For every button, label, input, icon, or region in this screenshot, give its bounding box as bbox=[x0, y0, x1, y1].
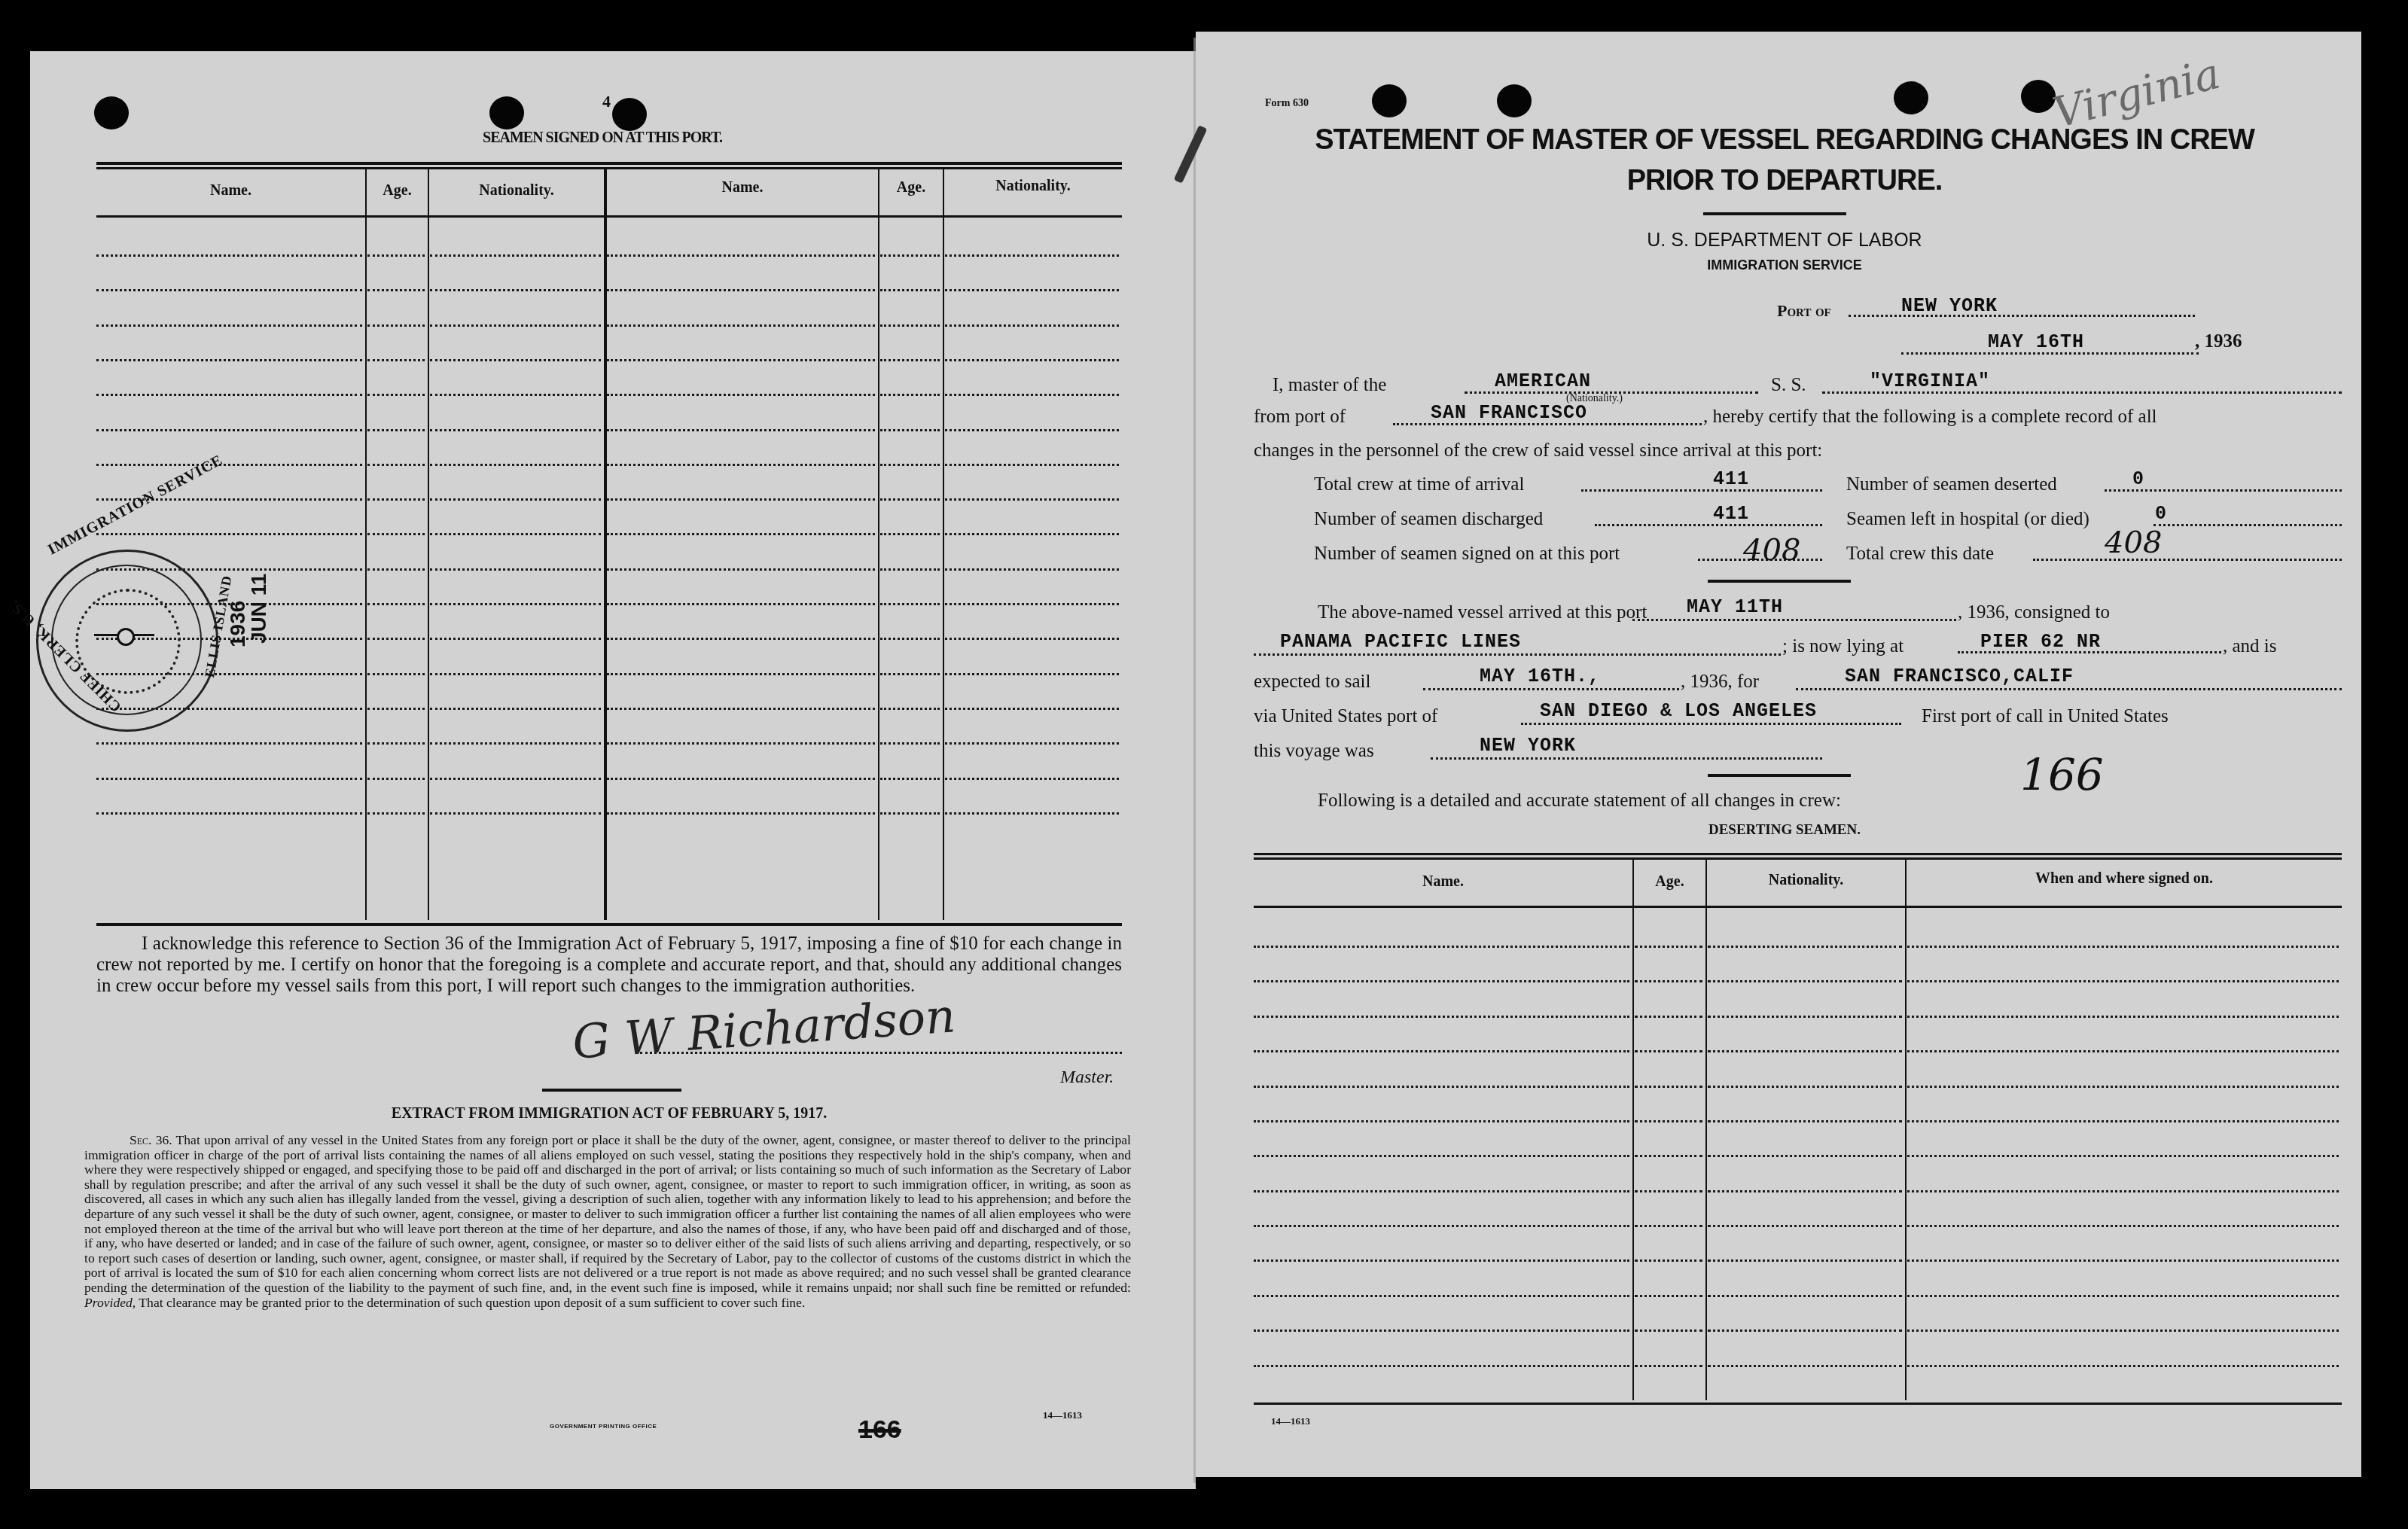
table-row-line bbox=[367, 533, 425, 535]
form-code: 14—1613 bbox=[1043, 1409, 1082, 1421]
from-port-value[interactable]: SAN FRANCISCO bbox=[1431, 402, 1587, 424]
table-row-line bbox=[1708, 1086, 1902, 1088]
stat-signed-on[interactable]: 408 bbox=[1743, 533, 1800, 568]
punch-hole bbox=[612, 98, 647, 131]
table-row-line bbox=[1907, 1086, 2339, 1088]
column-header-age: Age. bbox=[1634, 873, 1705, 891]
table-row-line bbox=[1635, 1050, 1702, 1052]
port-line bbox=[1849, 315, 2195, 317]
signature-label: Master. bbox=[1060, 1068, 1114, 1088]
divider-rule bbox=[1703, 212, 1846, 215]
extract-tail: That clearance may be granted prior to t… bbox=[139, 1295, 805, 1310]
table-row-line bbox=[880, 812, 940, 815]
table-row-line bbox=[945, 254, 1119, 257]
page-gutter bbox=[1193, 38, 1196, 1483]
stat-total-date[interactable]: 408 bbox=[2105, 525, 2162, 560]
table-row-line bbox=[1907, 1120, 2339, 1122]
column-divider bbox=[1705, 858, 1707, 1400]
following-text: Following is a detailed and accurate sta… bbox=[1318, 790, 1841, 812]
via-line bbox=[1521, 723, 1901, 725]
expected-label: expected to sail bbox=[1254, 672, 1371, 693]
table-row-line bbox=[945, 394, 1119, 396]
table-row-line bbox=[945, 429, 1119, 431]
table-row-line bbox=[96, 533, 362, 535]
table-row-line bbox=[96, 289, 362, 291]
table-row-line bbox=[367, 464, 425, 466]
table-row-line bbox=[1254, 1295, 1629, 1297]
handwritten-number: 166 bbox=[2020, 749, 2104, 800]
table-row-line bbox=[367, 289, 425, 291]
sail-date-line bbox=[1423, 688, 1679, 690]
table-row-line bbox=[430, 464, 601, 466]
form-number: Form 630 bbox=[1265, 98, 1309, 110]
stat-line bbox=[1595, 524, 1822, 526]
table-row-line bbox=[1907, 1155, 2339, 1157]
table-row-line bbox=[430, 742, 601, 745]
table-row-line bbox=[1254, 1365, 1629, 1367]
table-row-line bbox=[1907, 1225, 2339, 1227]
stat-line bbox=[2153, 524, 2342, 526]
table-row-line bbox=[607, 429, 875, 431]
form-title-line2: PRIOR TO DEPARTURE. bbox=[1235, 165, 2334, 197]
table-row-line bbox=[607, 394, 875, 396]
column-divider bbox=[1905, 858, 1907, 1400]
column-divider bbox=[428, 167, 429, 920]
table-row-line bbox=[1254, 1016, 1629, 1018]
header-rule bbox=[1254, 906, 2342, 908]
table-top-rule bbox=[96, 162, 1122, 165]
stat-discharged[interactable]: 411 bbox=[1713, 503, 1749, 525]
table-row-line bbox=[945, 638, 1119, 640]
table-row-line bbox=[880, 568, 940, 571]
table-row-line bbox=[1708, 1295, 1902, 1297]
table-row-line bbox=[1254, 980, 1629, 982]
table-row-line bbox=[1635, 1259, 1702, 1262]
consignee-line bbox=[1254, 653, 1781, 656]
first-port-value[interactable]: NEW YORK bbox=[1480, 735, 1576, 757]
table-row-line bbox=[945, 533, 1119, 535]
consignee-value[interactable]: PANAMA PACIFIC LINES bbox=[1280, 631, 1521, 653]
table-row-line bbox=[1254, 1120, 1629, 1122]
sail-date-value[interactable]: MAY 16TH., bbox=[1480, 666, 1600, 687]
table-row-line bbox=[367, 708, 425, 710]
header-rule bbox=[96, 215, 1122, 218]
port-value[interactable]: NEW YORK bbox=[1901, 295, 1998, 317]
table-row-line bbox=[880, 603, 940, 605]
table-row-line bbox=[430, 708, 601, 710]
center-double-divider bbox=[604, 167, 607, 920]
table-row-line bbox=[880, 394, 940, 396]
table-row-line bbox=[96, 778, 362, 780]
stamp-month-day: JUN 11 bbox=[247, 574, 271, 644]
table-row-line bbox=[1635, 1155, 1702, 1157]
table-row-line bbox=[945, 324, 1119, 327]
service-name: IMMIGRATION SERVICE bbox=[1235, 257, 2334, 273]
table-row-line bbox=[1708, 1225, 1902, 1227]
table-row-line bbox=[430, 429, 601, 431]
table-top-rule bbox=[1254, 853, 2342, 855]
department-name: U. S. DEPARTMENT OF LABOR bbox=[1235, 230, 2334, 251]
table-row-line bbox=[1635, 1190, 1702, 1192]
stat-label-hospital: Seamen left in hospital (or died) bbox=[1846, 509, 2089, 530]
table-row-line bbox=[1635, 1329, 1702, 1332]
via-value[interactable]: SAN DIEGO & LOS ANGELES bbox=[1540, 700, 1817, 722]
table-row-line bbox=[880, 673, 940, 675]
table-row-line bbox=[430, 812, 601, 815]
voyage-label: this voyage was bbox=[1254, 741, 1374, 762]
section-title: SEAMEN SIGNED ON AT THIS PORT. bbox=[75, 129, 1129, 147]
via-label: via United States port of bbox=[1254, 706, 1437, 727]
table-row-line bbox=[607, 742, 875, 745]
table-row-line bbox=[880, 289, 940, 291]
table-row-line bbox=[880, 464, 940, 466]
table-row-line bbox=[1907, 980, 2339, 982]
table-row-line bbox=[880, 359, 940, 361]
extract-body: Sec. 36. That upon arrival of any vessel… bbox=[84, 1133, 1131, 1310]
table-row-line bbox=[945, 568, 1119, 571]
table-row-line bbox=[1635, 1225, 1702, 1227]
arrived-year: , 1936, consigned to bbox=[1958, 602, 2110, 623]
port-label: Port of bbox=[1777, 301, 1831, 321]
lying-label: ; is now lying at bbox=[1782, 636, 1904, 657]
column-divider bbox=[943, 167, 944, 920]
destination-line bbox=[1796, 688, 2342, 690]
table-row-line bbox=[367, 673, 425, 675]
column-divider bbox=[365, 167, 367, 920]
table-row-line bbox=[430, 359, 601, 361]
table-row-line bbox=[1635, 946, 1702, 948]
arrived-line bbox=[1632, 619, 1956, 621]
column-header-name: Name. bbox=[1254, 873, 1632, 891]
column-divider bbox=[878, 167, 879, 920]
table-row-line bbox=[430, 254, 601, 257]
table-row-line bbox=[1708, 980, 1902, 982]
table-row-line bbox=[1254, 1086, 1629, 1088]
table-row-line bbox=[945, 603, 1119, 605]
table-row-line bbox=[96, 812, 362, 815]
table-row-line bbox=[430, 289, 601, 291]
column-divider bbox=[1632, 858, 1634, 1400]
master-label: I, master of the bbox=[1273, 375, 1386, 396]
table-row-line bbox=[945, 359, 1119, 361]
column-header-name: Name. bbox=[96, 182, 365, 200]
table-row-line bbox=[880, 708, 940, 710]
table-row-line bbox=[367, 498, 425, 501]
extract-provided: Provided, bbox=[84, 1295, 136, 1310]
table-row-line bbox=[945, 673, 1119, 675]
table-row-line bbox=[96, 359, 362, 361]
table-row-line bbox=[1635, 1120, 1702, 1122]
table-row-line bbox=[1708, 1050, 1902, 1052]
punch-hole bbox=[1372, 84, 1407, 117]
table-row-line bbox=[945, 498, 1119, 501]
table-row-line bbox=[1708, 1016, 1902, 1018]
table-bottom-rule bbox=[96, 923, 1122, 926]
table-row-line bbox=[367, 324, 425, 327]
table-row-line bbox=[367, 254, 425, 257]
table-row-line bbox=[607, 778, 875, 780]
table-row-line bbox=[96, 324, 362, 327]
stat-label-signed-on: Number of seamen signed on at this port bbox=[1314, 544, 1620, 565]
extract-title: EXTRACT FROM IMMIGRATION ACT OF FEBRUARY… bbox=[96, 1105, 1122, 1122]
table-row-line bbox=[1708, 1329, 1902, 1332]
ship-name[interactable]: "VIRGINIA" bbox=[1870, 370, 1990, 392]
table-row-line bbox=[1708, 1365, 1902, 1367]
punch-hole bbox=[1497, 84, 1532, 117]
divider-rule bbox=[1708, 580, 1851, 583]
table-row-line bbox=[945, 708, 1119, 710]
table-row-line bbox=[1907, 946, 2339, 948]
table-row-line bbox=[96, 464, 362, 466]
stat-line bbox=[1581, 489, 1822, 492]
table-row-line bbox=[1907, 1050, 2339, 1052]
table-row-line bbox=[430, 498, 601, 501]
table-row-line bbox=[880, 429, 940, 431]
sail-year: , 1936, for bbox=[1681, 672, 1759, 693]
table-row-line bbox=[367, 742, 425, 745]
table-row-line bbox=[607, 673, 875, 675]
table-row-line bbox=[880, 778, 940, 780]
first-port-line bbox=[1431, 757, 1822, 760]
table-row-line bbox=[1635, 1295, 1702, 1297]
table-row-line bbox=[607, 324, 875, 327]
table-row-line bbox=[96, 429, 362, 431]
arrived-value[interactable]: MAY 11TH bbox=[1687, 596, 1783, 618]
destination-value[interactable]: SAN FRANCISCO,CALIF bbox=[1845, 666, 2074, 687]
table-row-line bbox=[880, 254, 940, 257]
table-row-line bbox=[1635, 1016, 1702, 1018]
table-row-line bbox=[367, 603, 425, 605]
form-code: 14—1613 bbox=[1271, 1415, 1310, 1427]
table-bottom-rule bbox=[1254, 1403, 2342, 1405]
pier-value[interactable]: PIER 62 NR bbox=[1980, 631, 2101, 653]
table-row-line bbox=[880, 742, 940, 745]
form-title: STATEMENT OF MASTER OF VESSEL REGARDING … bbox=[1235, 124, 2334, 157]
table-row-line bbox=[945, 289, 1119, 291]
column-header-nationality: Nationality. bbox=[944, 178, 1122, 195]
table-top-rule bbox=[96, 167, 1122, 169]
stat-line bbox=[2033, 559, 2342, 561]
table-row-line bbox=[96, 394, 362, 396]
punch-hole bbox=[1894, 81, 1928, 114]
table-row-line bbox=[945, 778, 1119, 780]
table-row-line bbox=[607, 708, 875, 710]
table-row-line bbox=[367, 638, 425, 640]
table-row-line bbox=[607, 603, 875, 605]
from-port-label: from port of bbox=[1254, 407, 1346, 428]
table-row-line bbox=[607, 638, 875, 640]
stamp-clock-center bbox=[117, 628, 135, 646]
table-row-line bbox=[1254, 1329, 1629, 1332]
table-row-line bbox=[945, 464, 1119, 466]
table-row-line bbox=[1907, 1016, 2339, 1018]
date-value[interactable]: MAY 16TH bbox=[1988, 331, 2084, 353]
table-row-line bbox=[945, 742, 1119, 745]
table-row-line bbox=[1635, 1365, 1702, 1367]
stamped-page-number: 166 bbox=[858, 1415, 901, 1445]
extract-section: Sec. 36. bbox=[130, 1132, 172, 1147]
table-row-line bbox=[1708, 1259, 1902, 1262]
table-row-line bbox=[430, 324, 601, 327]
divider-rule bbox=[542, 1089, 681, 1092]
table-row-line bbox=[945, 812, 1119, 815]
column-header-age: Age. bbox=[879, 179, 943, 196]
table-row-line bbox=[607, 254, 875, 257]
table-row-line bbox=[607, 812, 875, 815]
table-row-line bbox=[1907, 1329, 2339, 1332]
table-row-line bbox=[880, 498, 940, 501]
ss-label: S. S. bbox=[1771, 375, 1806, 396]
certify-text: , hereby certify that the following is a… bbox=[1703, 407, 2157, 428]
column-header-age: Age. bbox=[367, 182, 428, 200]
table-row-line bbox=[1907, 1365, 2339, 1367]
table-row-line bbox=[607, 289, 875, 291]
table-row-line bbox=[607, 464, 875, 466]
stat-label-total-date: Total crew this date bbox=[1846, 544, 1994, 565]
signature-line bbox=[640, 1052, 1122, 1054]
table-row-line bbox=[430, 394, 601, 396]
table-row-line bbox=[367, 359, 425, 361]
stat-deserted[interactable]: 0 bbox=[2132, 468, 2144, 490]
stat-label-total-arrival: Total crew at time of arrival bbox=[1314, 474, 1524, 495]
stat-label-deserted: Number of seamen deserted bbox=[1846, 474, 2057, 495]
table-top-rule bbox=[1254, 857, 2342, 860]
table-row-line bbox=[1254, 1155, 1629, 1157]
table-row-line bbox=[1708, 946, 1902, 948]
extract-body-text: That upon arrival of any vessel in the U… bbox=[84, 1132, 1131, 1295]
and-is-text: , and is bbox=[2223, 636, 2277, 657]
table-row-line bbox=[430, 778, 601, 780]
acknowledgement-text: I acknowledge this reference to Section … bbox=[96, 934, 1122, 997]
table-row-line bbox=[1907, 1295, 2339, 1297]
table-row-line bbox=[607, 568, 875, 571]
column-header-when-where: When and where signed on. bbox=[1907, 870, 2342, 888]
table-row-line bbox=[367, 394, 425, 396]
table-row-line bbox=[1254, 1190, 1629, 1192]
punch-hole bbox=[94, 96, 129, 129]
stat-hospital[interactable]: 0 bbox=[2155, 503, 2167, 525]
table-row-line bbox=[430, 673, 601, 675]
table-row-line bbox=[1254, 1225, 1629, 1227]
table-row-line bbox=[1708, 1120, 1902, 1122]
printer-imprint: GOVERNMENT PRINTING OFFICE bbox=[550, 1423, 657, 1430]
table-row-line bbox=[1708, 1155, 1902, 1157]
table-row-line bbox=[1907, 1259, 2339, 1262]
table-row-line bbox=[880, 324, 940, 327]
table-row-line bbox=[367, 568, 425, 571]
stat-label-discharged: Number of seamen discharged bbox=[1314, 509, 1543, 530]
table-row-line bbox=[430, 603, 601, 605]
first-port-label: First port of call in United States bbox=[1922, 706, 2169, 727]
punch-hole bbox=[489, 96, 524, 129]
table-row-line bbox=[1254, 1050, 1629, 1052]
table-row-line bbox=[367, 778, 425, 780]
column-header-nationality: Nationality. bbox=[429, 182, 604, 200]
page-number: 4 bbox=[602, 92, 611, 111]
table-row-line bbox=[880, 638, 940, 640]
date-year: , 1936 bbox=[2195, 331, 2242, 352]
table-row-line bbox=[430, 568, 601, 571]
table-row-line bbox=[880, 533, 940, 535]
arrived-label: The above-named vessel arrived at this p… bbox=[1318, 602, 1647, 623]
table-row-line bbox=[430, 533, 601, 535]
table-row-line bbox=[1635, 980, 1702, 982]
table-row-line bbox=[607, 533, 875, 535]
table-row-line bbox=[1635, 1086, 1702, 1088]
table-row-line bbox=[367, 429, 425, 431]
divider-rule bbox=[1708, 774, 1851, 777]
table-row-line bbox=[607, 359, 875, 361]
table-row-line bbox=[1254, 946, 1629, 948]
column-header-nationality: Nationality. bbox=[1707, 872, 1905, 889]
table-row-line bbox=[1254, 1259, 1629, 1262]
stat-total-arrival[interactable]: 411 bbox=[1713, 468, 1749, 490]
table-row-line bbox=[430, 638, 601, 640]
column-header-name: Name. bbox=[607, 179, 878, 196]
table-row-line bbox=[96, 254, 362, 257]
deserting-title: DESERTING SEAMEN. bbox=[1235, 822, 2334, 839]
table-row-line bbox=[1708, 1190, 1902, 1192]
table-row-line bbox=[367, 812, 425, 815]
changes-text: changes in the personnel of the crew of … bbox=[1254, 440, 1822, 461]
nationality-value[interactable]: AMERICAN bbox=[1495, 370, 1591, 392]
table-row-line bbox=[607, 498, 875, 501]
table-row-line bbox=[1907, 1190, 2339, 1192]
table-row-line bbox=[96, 742, 362, 745]
